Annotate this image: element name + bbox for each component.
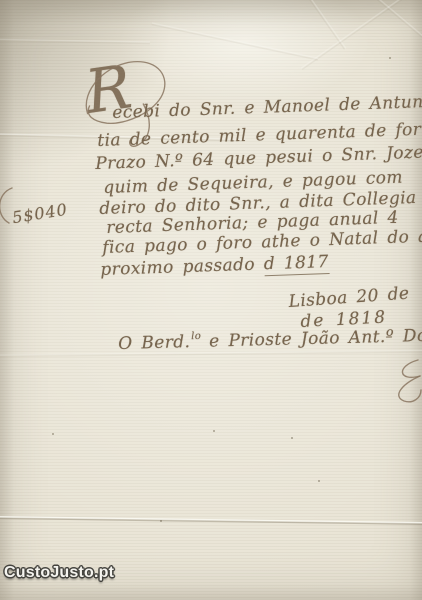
paper-speck [52,433,54,435]
manuscript-photo: R ecebi do Snr. e Manoel de Antunes p ti… [0,0,422,600]
paper-speck [213,430,215,432]
paper-speck [291,437,293,439]
date-place-line: Lisboa 20 de [288,284,410,312]
crease-top-right [360,0,422,44]
crease-top-left [0,39,150,45]
underlined-year: d 1817 [263,252,329,276]
signature-flourish [388,356,422,406]
crease-bottom-fold [0,516,422,525]
margin-amount: 5$040 [11,200,69,228]
signature-rest: e Prioste João Ant.º Dom.º Vi [200,324,422,351]
signature-superscript: lo [191,331,201,342]
paper-speck [318,480,320,482]
signature-line: O Berd.lo e Prioste João Ant.º Dom.º Vi [118,324,422,354]
paper-speck [389,57,391,59]
paper-speck [160,520,162,522]
line-prefix: proximo passado [100,254,264,280]
manuscript-line: ecebi do Snr. e Manoel de Antunes p [112,91,422,123]
crease-top-diag-b [301,0,409,70]
signature-prefix: O Berd. [118,332,191,354]
crease-top-diag-c [152,22,319,60]
crease-top-diag-a [264,0,347,50]
custojusto-watermark-logo: CustoJusto.pt [4,564,114,582]
